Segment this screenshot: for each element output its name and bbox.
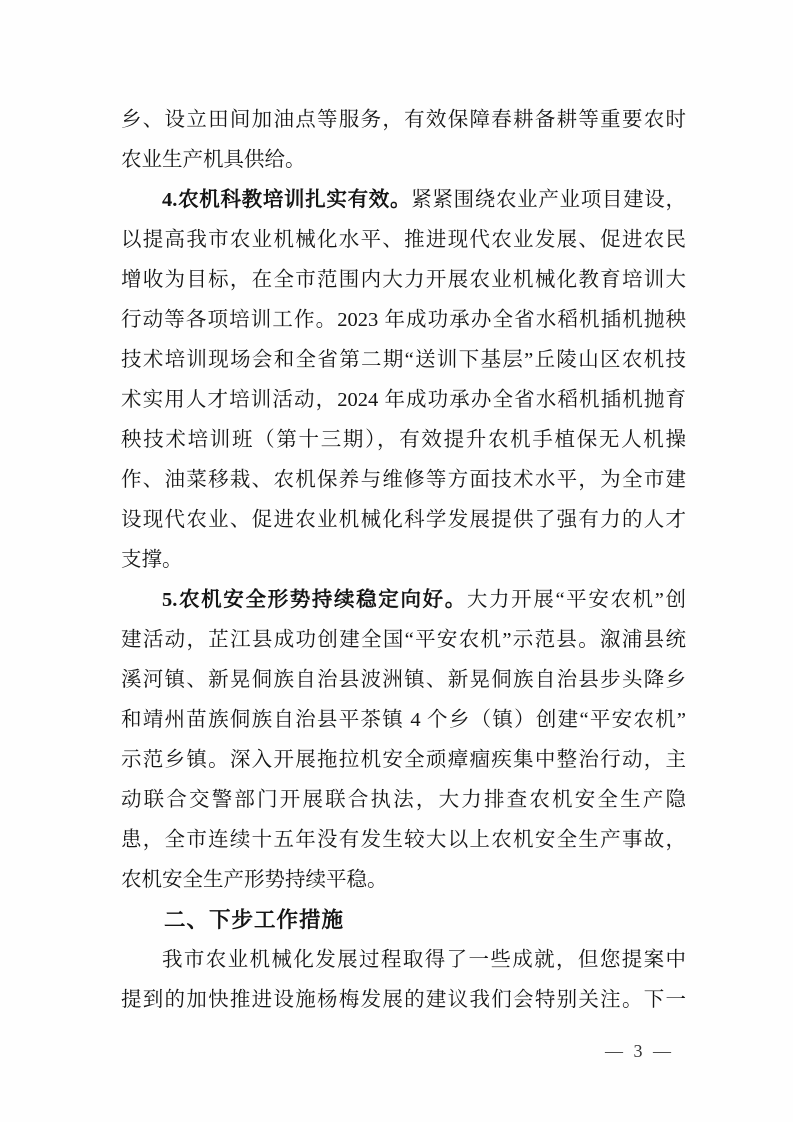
paragraph-last-line: 农业生产机具供给。 bbox=[121, 140, 686, 180]
section-heading: 二、下步工作措施 bbox=[121, 900, 686, 940]
text-line: 设现代农业、促进农业机械化科学发展提供了强有力的人才 bbox=[121, 500, 686, 540]
document-page: 乡、设立田间加油点等服务，有效保障春耕备耕等重要农时 农业生产机具供给。 4.农… bbox=[0, 0, 793, 1122]
text-line: 建活动，芷江县成功创建全国“平安农机”示范县。溆浦县统 bbox=[121, 620, 686, 660]
document-body: 乡、设立田间加油点等服务，有效保障春耕备耕等重要农时 农业生产机具供给。 4.农… bbox=[121, 100, 686, 1020]
text-line: 行动等各项培训工作。2023 年成功承办全省水稻机插机抛秧 bbox=[121, 300, 686, 340]
line-text: 紧紧围绕农业产业项目建设， bbox=[411, 189, 686, 211]
line-text: 大力开展“平安农机”创 bbox=[467, 589, 686, 611]
text-line: 作、油菜移栽、农机保养与维修等方面技术水平，为全市建 bbox=[121, 460, 686, 500]
text-line: 增收为目标，在全市范围内大力开展农业机械化教育培训大 bbox=[121, 260, 686, 300]
text-line: 患，全市连续十五年没有发生较大以上农机安全生产事故， bbox=[121, 820, 686, 860]
text-line: 示范乡镇。深入开展拖拉机安全顽瘴痼疾集中整治行动，主 bbox=[121, 740, 686, 780]
paragraph-first-line: 我市农业机械化发展过程取得了一些成就，但您提案中 bbox=[121, 940, 686, 980]
page-number: — 3 — bbox=[605, 1039, 674, 1063]
paragraph-first-line: 5.农机安全形势持续稳定向好。大力开展“平安农机”创 bbox=[121, 580, 686, 620]
paragraph-last-line: 支撑。 bbox=[121, 540, 686, 580]
text-line: 乡、设立田间加油点等服务，有效保障春耕备耕等重要农时 bbox=[121, 100, 686, 140]
text-line: 秧技术培训班（第十三期），有效提升农机手植保无人机操 bbox=[121, 420, 686, 460]
text-line: 溪河镇、新晃侗族自治县波洲镇、新晃侗族自治县步头降乡 bbox=[121, 660, 686, 700]
text-line: 技术培训现场会和全省第二期“送训下基层”丘陵山区农机技 bbox=[121, 340, 686, 380]
numbered-point-title: 5.农机安全形势持续稳定向好。 bbox=[162, 589, 467, 611]
paragraph-last-line: 农机安全生产形势持续平稳。 bbox=[121, 860, 686, 900]
text-line: 以提高我市农业机械化水平、推进现代农业发展、促进农民 bbox=[121, 220, 686, 260]
numbered-point-title: 4.农机科教培训扎实有效。 bbox=[162, 189, 411, 211]
text-line: 提到的加快推进设施杨梅发展的建议我们会特别关注。下一 bbox=[121, 980, 686, 1020]
text-line: 动联合交警部门开展联合执法，大力排查农机安全生产隐 bbox=[121, 780, 686, 820]
paragraph-first-line: 4.农机科教培训扎实有效。紧紧围绕农业产业项目建设， bbox=[121, 180, 686, 220]
text-line: 和靖州苗族侗族自治县平茶镇 4 个乡（镇）创建“平安农机” bbox=[121, 700, 686, 740]
text-line: 术实用人才培训活动，2024 年成功承办全省水稻机插机抛育 bbox=[121, 380, 686, 420]
